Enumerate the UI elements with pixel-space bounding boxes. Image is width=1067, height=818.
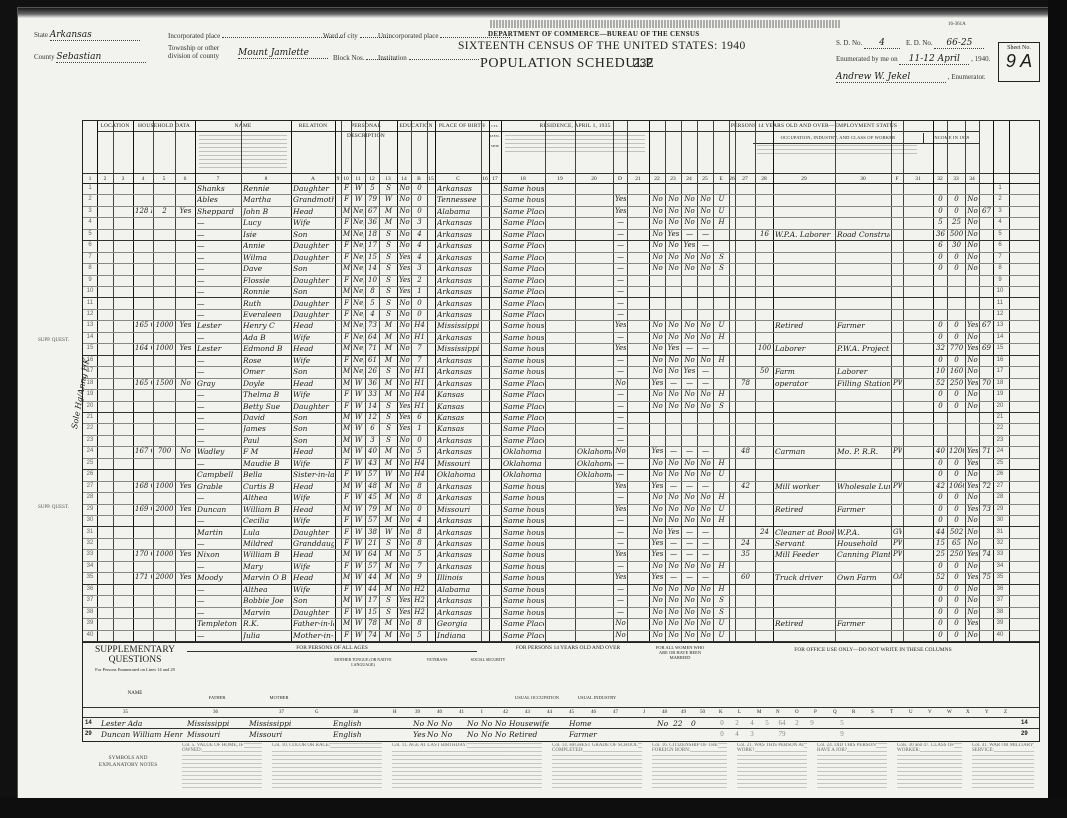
cell-wage: 0 <box>949 595 964 606</box>
cell-res-state: Oklahoma <box>577 458 612 469</box>
cell-wage: 0 <box>949 618 964 629</box>
section-education: EDUCATION <box>397 121 436 132</box>
cell-relation: Head <box>293 504 334 515</box>
cell-res-farm: — <box>615 469 626 480</box>
cell-w21: No <box>651 263 664 274</box>
cell-age: 40 <box>367 446 378 457</box>
cell-w21: No <box>651 355 664 366</box>
line-number-right: 11 <box>993 298 1007 309</box>
supp-col-number: I <box>481 708 483 718</box>
supp-col-number: V <box>928 708 932 718</box>
cell-grade: 8 <box>413 481 426 492</box>
cell-sex: F <box>343 401 350 412</box>
cell-school: No <box>399 194 410 205</box>
cell-birthplace: Arkansas <box>437 492 480 503</box>
cell-birthplace: Indiana <box>437 630 480 641</box>
line-number-right: 38 <box>993 607 1007 618</box>
cell-given: Rennie <box>243 183 290 194</box>
cell-w24: No <box>699 389 712 400</box>
cell-grade: 7 <box>413 355 426 366</box>
supp-marker-14: SUPP. QUEST. <box>38 338 69 343</box>
ward-label: Ward of city <box>323 32 358 40</box>
cell-w24: No <box>699 607 712 618</box>
supp-col-number: H <box>393 708 397 718</box>
note-col30: Cols. 30 and 47. CLASS OF WORKER: <box>897 743 962 791</box>
supp-cell-line: 29 <box>85 729 99 740</box>
cell-birthplace: Arkansas <box>437 309 480 320</box>
cell-sex: F <box>343 298 350 309</box>
cell-cls: PW <box>893 446 902 457</box>
note-col16: Col. 16. CITIZENSHIP OF THE FOREIGN BORN… <box>652 743 727 791</box>
cell-industry: W.P.A. <box>837 527 890 538</box>
cell-grade: H1 <box>413 378 426 389</box>
cell-given: Marvin <box>243 607 290 618</box>
cell-marital: M <box>381 343 396 354</box>
cell-other: Yes <box>967 549 978 560</box>
cell-w25: H <box>715 332 728 343</box>
cell-cls: PW <box>893 378 902 389</box>
cell-w23: — <box>683 538 696 549</box>
cell-relation: Wife <box>293 355 334 366</box>
note-col5: Col. 5. VALUE OF HOME, IF OWNED: <box>182 743 262 791</box>
state-label: State <box>34 31 48 39</box>
cell-marital: M <box>381 458 396 469</box>
cell-birthplace: Arkansas <box>437 298 480 309</box>
cell-school: No <box>399 309 410 320</box>
note-col10: Col. 10. COLOR OR RACE: <box>272 743 382 791</box>
cell-grade: 8 <box>413 538 426 549</box>
cell-given: Annie <box>243 240 290 251</box>
cell-sex: M <box>343 481 350 492</box>
supp-col-number: 38 <box>353 708 358 718</box>
cell-wk31: 0 <box>935 607 946 618</box>
line-number: 27 <box>83 481 97 492</box>
cell-given: Martha <box>243 194 290 205</box>
name-instructions <box>199 135 287 169</box>
cell-surname: Duncan <box>197 504 240 515</box>
cell-occupation: Retired <box>775 320 834 331</box>
enumerator-field: Andrew W. Jekel , Enumerator. <box>836 72 986 83</box>
cell-w24: No <box>699 320 712 331</box>
cell-sex: F <box>343 584 350 595</box>
cell-w22: — <box>667 538 680 549</box>
cell-w23: No <box>683 630 696 641</box>
line-number-right: 26 <box>993 469 1007 480</box>
cell-w23: No <box>683 504 696 515</box>
cell-wk31: 0 <box>935 630 946 641</box>
cell-surname: — <box>197 263 240 274</box>
cell-w22: No <box>667 618 680 629</box>
cell-birthplace: Kansas <box>437 389 480 400</box>
cell-farm: Yes <box>177 206 194 217</box>
cell-res-farm: — <box>615 263 626 274</box>
cell-sex: F <box>343 217 350 228</box>
cell-school: No <box>399 492 410 503</box>
cell-relation: Daughter <box>293 298 334 309</box>
cell-w22: No <box>667 630 680 641</box>
cell-w21: No <box>651 401 664 412</box>
department-title: DEPARTMENT OF COMMERCE—BUREAU OF THE CEN… <box>488 30 699 38</box>
cell-birthplace: Arkansas <box>437 446 480 457</box>
cell-birthplace: Arkansas <box>437 263 480 274</box>
cell-w22: No <box>667 252 680 263</box>
cell-wage: 250 <box>949 378 964 389</box>
cell-w24: No <box>699 263 712 274</box>
cell-age: 79 <box>367 504 378 515</box>
cell-w24: — <box>699 549 712 560</box>
cell-age: 5 <box>367 183 378 194</box>
supp-col-number: 43 <box>525 708 530 718</box>
cell-given: Ruth <box>243 298 290 309</box>
cell-grade: H2 <box>413 607 426 618</box>
cell-school: Yes <box>399 286 410 297</box>
cell-w23: No <box>683 320 696 331</box>
cell-relation: Head <box>293 481 334 492</box>
cell-age: 64 <box>367 332 378 343</box>
cell-relation: Wife <box>293 515 334 526</box>
cell-farm: Yes <box>177 504 194 515</box>
cell-wage: 0 <box>949 561 964 572</box>
cell-marital: M <box>381 504 396 515</box>
cell-relation: Father-in-law <box>293 618 334 629</box>
cell-res-place: Oklahoma City <box>503 458 544 469</box>
cell-w25: S <box>715 401 728 412</box>
cell-res-farm: — <box>615 389 626 400</box>
cell-race: W <box>353 630 364 641</box>
cell-surname: Gray <box>197 378 240 389</box>
cell-surname: — <box>197 298 240 309</box>
supp-office-code: 9 <box>835 729 849 740</box>
cell-res-farm: — <box>615 240 626 251</box>
cell-school: No <box>399 206 410 217</box>
cell-surname: Campbell <box>197 469 240 480</box>
cell-wk31: 40 <box>935 446 946 457</box>
line-number: 31 <box>83 527 97 538</box>
supp-title: SUPPLEMENTARY QUESTIONS <box>87 645 183 665</box>
cell-w23: — <box>683 549 696 560</box>
supp-14-over: FOR PERSONS 14 YEARS OLD AND OVER <box>483 645 653 651</box>
cell-w25: U <box>715 320 728 331</box>
cell-given: David <box>243 412 290 423</box>
cell-school: Yes <box>399 401 410 412</box>
cell-marital: M <box>381 206 396 217</box>
cell-birthplace: Arkansas <box>437 355 480 366</box>
cell-relation: Daughter <box>293 252 334 263</box>
cell-wk31: 6 <box>935 240 946 251</box>
line-number: 39 <box>83 618 97 629</box>
cell-sex: M <box>343 286 350 297</box>
cell-res-farm: — <box>615 252 626 263</box>
cell-wage: 0 <box>949 401 964 412</box>
cell-grade: 0 <box>413 435 426 446</box>
cell-surname: Martin <box>197 527 240 538</box>
cell-surname: — <box>197 435 240 446</box>
cell-occupation: Truck driver <box>775 572 834 583</box>
cell-w21: No <box>651 515 664 526</box>
line-number: 4 <box>83 217 97 228</box>
cell-w25: U <box>715 504 728 515</box>
cell-sex: M <box>343 549 350 560</box>
cell-race: W <box>353 595 364 606</box>
cell-other: No <box>967 355 978 366</box>
ed-field: E. D. No. 66-25 <box>906 38 984 49</box>
form-number: 16-361A <box>948 22 966 27</box>
cell-surname: — <box>197 607 240 618</box>
line-number-right: 15 <box>993 343 1007 354</box>
cell-race: Neg <box>353 355 364 366</box>
cell-w23: Yes <box>683 240 696 251</box>
cell-sex: F <box>343 469 350 480</box>
line-number-right: 25 <box>993 458 1007 469</box>
cell-given: Ronnie <box>243 286 290 297</box>
cell-grade: H2 <box>413 584 426 595</box>
line-number: 9 <box>83 275 97 286</box>
supp-col-number: 50 <box>700 708 705 718</box>
cell-w25: U <box>715 630 728 641</box>
line-number-right: 12 <box>993 309 1007 320</box>
line-number-right: 8 <box>993 263 1007 274</box>
cell-surname: — <box>197 630 240 641</box>
enumerated-field: Enumerated by me on 11-12 April , 1940. <box>836 54 990 65</box>
section-income: INCOME IN 1939 <box>923 133 980 144</box>
cell-given: Julia <box>243 630 290 641</box>
cell-given: Doyle <box>243 378 290 389</box>
cell-res-farm: — <box>615 561 626 572</box>
cell-surname: — <box>197 515 240 526</box>
line-number-right: 28 <box>993 492 1007 503</box>
cell-other: No <box>967 561 978 572</box>
cell-w24: — <box>699 481 712 492</box>
cell-w21: Yes <box>651 446 664 457</box>
cell-industry: Farmer <box>837 320 890 331</box>
cell-grade: 3 <box>413 217 426 228</box>
cell-w24: No <box>699 252 712 263</box>
cell-res-farm: Yes <box>615 320 626 331</box>
supp-cell-v41: No <box>441 729 455 740</box>
cell-other: Yes <box>967 618 978 629</box>
line-number-right: 3 <box>993 206 1007 217</box>
cell-weeks: 50 <box>757 366 772 377</box>
cell-given: Lucy <box>243 217 290 228</box>
cell-w22: Yes <box>667 229 680 240</box>
cell-w23: No <box>683 194 696 205</box>
cell-w22: No <box>667 584 680 595</box>
cell-own: 170 O <box>135 549 152 560</box>
cell-res-farm: — <box>615 458 626 469</box>
cell-sex: F <box>343 389 350 400</box>
cell-w22: No <box>667 469 680 480</box>
cell-w23: — <box>683 343 696 354</box>
cell-grade: 4 <box>413 240 426 251</box>
cell-race: W <box>353 401 364 412</box>
cell-relation: Son <box>293 263 334 274</box>
supp-col-number: L <box>738 708 741 718</box>
cell-w22: No <box>667 320 680 331</box>
cell-surname: — <box>197 412 240 423</box>
cell-w21: No <box>651 504 664 515</box>
cell-wage: 770 <box>949 343 964 354</box>
cell-wk31: 0 <box>935 320 946 331</box>
line-number: 40 <box>83 630 97 641</box>
cell-w23: No <box>683 401 696 412</box>
cell-relation: Daughter <box>293 309 334 320</box>
cell-other: Yes <box>967 320 978 331</box>
cell-given: Thelma B <box>243 389 290 400</box>
supp-line-right: 29 <box>1021 729 1035 740</box>
cell-surname: — <box>197 332 240 343</box>
cell-grade: 2 <box>413 275 426 286</box>
cell-race: W <box>353 458 364 469</box>
cell-w21: No <box>651 458 664 469</box>
cell-surname: — <box>197 217 240 228</box>
cell-race: Neg <box>353 275 364 286</box>
cell-wk31: 52 <box>935 572 946 583</box>
line-number: 17 <box>83 366 97 377</box>
line-number: 10 <box>83 286 97 297</box>
cell-w22: No <box>667 458 680 469</box>
cell-hrs: 60 <box>737 572 754 583</box>
cell-race: Neg <box>353 320 364 331</box>
cell-sex: M <box>343 435 350 446</box>
supp-col-number: 48 <box>662 708 667 718</box>
line-number: 25 <box>83 458 97 469</box>
cell-marital: M <box>381 549 396 560</box>
note-col14: Col. 14. HIGHEST GRADE OF SCHOOL COMPLET… <box>552 743 642 791</box>
cell-other: No <box>967 194 978 205</box>
cell-surname: Ables <box>197 194 240 205</box>
cell-w25: H <box>715 355 728 366</box>
cell-age: 74 <box>367 630 378 641</box>
cell-other: No <box>967 229 978 240</box>
cell-school: Yes <box>399 412 410 423</box>
cell-grade: 5 <box>413 549 426 560</box>
cell-relation: Head <box>293 446 334 457</box>
cell-occupation: Carman <box>775 446 834 457</box>
cell-wk31: 0 <box>935 618 946 629</box>
cell-res-place: Same house <box>503 343 544 354</box>
cell-relation: Daughter <box>293 527 334 538</box>
cell-marital: M <box>381 332 396 343</box>
cell-res-farm: Yes <box>615 194 626 205</box>
line-number: 3 <box>83 206 97 217</box>
cell-race: W <box>353 412 364 423</box>
cell-birthplace: Mississippi <box>437 320 480 331</box>
cell-res-place: Same Place <box>503 217 544 228</box>
cell-w24: — <box>699 446 712 457</box>
cell-sex: F <box>343 630 350 641</box>
cell-marital: S <box>381 309 396 320</box>
cell-w21: Yes <box>651 572 664 583</box>
cell-school: No <box>399 320 410 331</box>
line-number-right: 5 <box>993 229 1007 240</box>
line-number-right: 1 <box>993 183 1007 194</box>
cell-w23: No <box>683 492 696 503</box>
cell-grade: H4 <box>413 469 426 480</box>
cell-surname: Wadley <box>197 446 240 457</box>
supp-cell-s43: No <box>481 729 495 740</box>
cell-marital: M <box>381 217 396 228</box>
cell-w24: No <box>699 206 712 217</box>
supp-cell-s42: No <box>467 729 481 740</box>
supp-marker-29: SUPP. QUEST. <box>38 505 69 510</box>
cell-wk31: 0 <box>935 401 946 412</box>
cell-wage: 1200 <box>949 446 964 457</box>
line-number-right: 24 <box>993 446 1007 457</box>
cell-age: 64 <box>367 549 378 560</box>
cell-birthplace: Arkansas <box>437 240 480 251</box>
cell-relation: Son <box>293 286 334 297</box>
cell-school: No <box>399 515 410 526</box>
cell-res-farm: — <box>615 595 626 606</box>
cell-school: No <box>399 389 410 400</box>
supp-col-number: M <box>757 708 761 718</box>
cell-grade: H1 <box>413 366 426 377</box>
cell-res-farm: Yes <box>615 343 626 354</box>
cell-w25: U <box>715 194 728 205</box>
line-number: 8 <box>83 263 97 274</box>
cell-w22: No <box>667 194 680 205</box>
sd-label: S. D. No. <box>836 39 862 47</box>
cell-w24: — <box>699 527 712 538</box>
cell-hrs: 35 <box>737 549 754 560</box>
supp-col-number: 49 <box>681 708 686 718</box>
cell-w23: No <box>683 252 696 263</box>
supp-col-number: 45 <box>569 708 574 718</box>
cell-marital: M <box>381 584 396 595</box>
cell-relation: Head <box>293 378 334 389</box>
cell-value: 1000 <box>155 343 174 354</box>
cell-age: 67 <box>367 206 378 217</box>
cell-other: Yes <box>967 572 978 583</box>
cell-given: R.K. <box>243 618 290 629</box>
cell-res-place: Same Place <box>503 252 544 263</box>
cell-relation: Head <box>293 343 334 354</box>
cell-wk31: 10 <box>935 366 946 377</box>
cell-w24: No <box>699 618 712 629</box>
cell-race: W <box>353 378 364 389</box>
cell-given: Curtis B <box>243 481 290 492</box>
line-number: 14 <box>83 332 97 343</box>
cell-w22: No <box>667 332 680 343</box>
cell-w23: No <box>683 458 696 469</box>
cell-w22: No <box>667 240 680 251</box>
cell-w21: No <box>651 320 664 331</box>
cell-given: Cecilia <box>243 515 290 526</box>
cell-given: Mary <box>243 561 290 572</box>
cell-wk31: 52 <box>935 378 946 389</box>
cell-occupation: Retired <box>775 504 834 515</box>
cell-res-place: Same house <box>503 572 544 583</box>
supp-col-number: G <box>315 708 319 718</box>
cell-marital: M <box>381 481 396 492</box>
cell-res-place: Same house <box>503 183 544 194</box>
cell-grade: 0 <box>413 206 426 217</box>
cell-grade: 0 <box>413 309 426 320</box>
cell-w21: No <box>651 389 664 400</box>
cell-w23: — <box>683 446 696 457</box>
township-label: Township or other division of county <box>168 44 238 60</box>
cell-age: 43 <box>367 458 378 469</box>
cell-race: W <box>353 492 364 503</box>
cell-school: Yes <box>399 423 410 434</box>
cell-occupation: Mill Feeder <box>775 549 834 560</box>
cell-school: No <box>399 298 410 309</box>
line-number: 28 <box>83 492 97 503</box>
cell-school: No <box>399 584 410 595</box>
line-number-right: 32 <box>993 538 1007 549</box>
cell-other: No <box>967 252 978 263</box>
cell-w24: No <box>699 515 712 526</box>
